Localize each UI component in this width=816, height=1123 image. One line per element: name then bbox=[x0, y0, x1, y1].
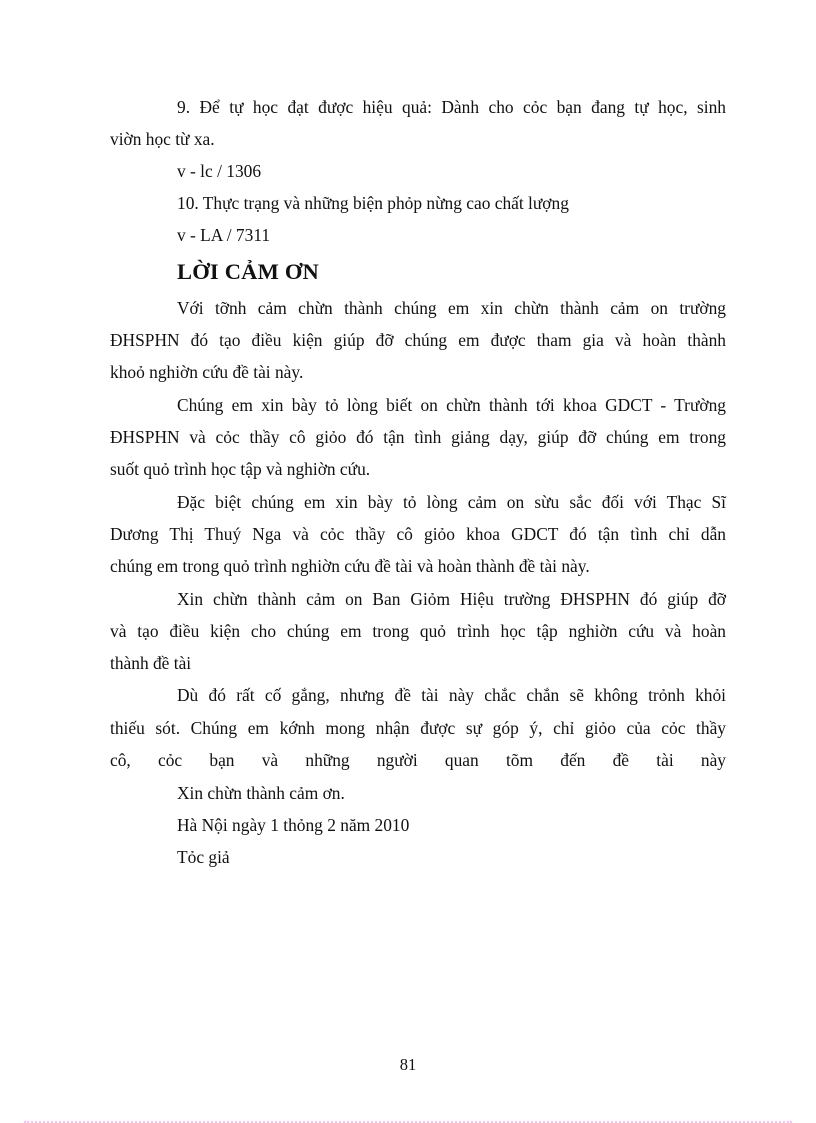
list-item-10-code: v - LA / 7311 bbox=[177, 225, 270, 245]
paragraph-4-line-3: thành đề tài bbox=[110, 653, 191, 673]
document-page: 9. Để tự học đạt được hiệu quả: Dành cho… bbox=[0, 0, 816, 1123]
paragraph-4-line-1: Xin chừn thành cảm on Ban Giỏm Hiệu trườ… bbox=[177, 589, 726, 609]
list-item-9-code: v - lc / 1306 bbox=[177, 161, 261, 181]
list-item-10-line-1: 10. Thực trạng và những biện phỏp nừng c… bbox=[177, 193, 569, 213]
section-heading: LỜI CẢM ƠN bbox=[177, 258, 319, 286]
paragraph-1-line-3: khoỏ nghiờn cứu đề tài này. bbox=[110, 362, 303, 382]
paragraph-5-line-2: thiếu sót. Chúng em kớnh mong nhận được … bbox=[110, 718, 726, 738]
paragraph-text: thiếu sót. Chúng em kớnh mong nhận được … bbox=[110, 718, 726, 738]
closing-author: Tỏc giả bbox=[177, 847, 230, 867]
paragraph-1-line-2: ĐHSPHN đó tạo điều kiện giúp đỡ chúng em… bbox=[110, 330, 726, 350]
paragraph-2-line-3: suốt quỏ trình học tập và nghiờn cứu. bbox=[110, 459, 370, 479]
paragraph-text: Xin chừn thành cảm on Ban Giỏm Hiệu trườ… bbox=[177, 589, 726, 609]
paragraph-text: Với tỡnh cảm chừn thành chúng em xin chừ… bbox=[177, 298, 726, 318]
paragraph-5-line-1: Dù đó rất cố gắng, nhưng đề tài này chắc… bbox=[177, 685, 726, 705]
paragraph-text: ĐHSPHN đó tạo điều kiện giúp đỡ chúng em… bbox=[110, 330, 726, 350]
paragraph-text: Chúng em xin bày tỏ lòng biết on chừn th… bbox=[177, 395, 726, 415]
closing-date: Hà Nội ngày 1 thỏng 2 năm 2010 bbox=[177, 815, 409, 835]
list-item-9-line-2: viờn học từ xa. bbox=[110, 129, 215, 149]
list-item-text: 9. Để tự học đạt được hiệu quả: Dành cho… bbox=[177, 97, 726, 117]
paragraph-text: cô, cỏc bạn và những người quan tõm đến … bbox=[110, 750, 726, 770]
paragraph-text: Dương Thị Thuý Nga và cỏc thầy cô giỏo k… bbox=[110, 524, 726, 544]
closing-thanks: Xin chừn thành cảm ơn. bbox=[177, 783, 345, 803]
paragraph-3-line-1: Đặc biệt chúng em xin bày tỏ lòng cảm on… bbox=[177, 492, 726, 512]
paragraph-4-line-2: và tạo điều kiện cho chúng em trong quỏ … bbox=[110, 621, 726, 641]
paragraph-text: Đặc biệt chúng em xin bày tỏ lòng cảm on… bbox=[177, 492, 726, 512]
page-number: 81 bbox=[0, 1055, 816, 1075]
paragraph-3-line-3: chúng em trong quỏ trình nghiờn cứu đề t… bbox=[110, 556, 590, 576]
paragraph-5-line-3: cô, cỏc bạn và những người quan tõm đến … bbox=[110, 750, 726, 770]
paragraph-1-line-1: Với tỡnh cảm chừn thành chúng em xin chừ… bbox=[177, 298, 726, 318]
paragraph-3-line-2: Dương Thị Thuý Nga và cỏc thầy cô giỏo k… bbox=[110, 524, 726, 544]
paragraph-2-line-2: ĐHSPHN và cỏc thầy cô giỏo đó tận tình g… bbox=[110, 427, 726, 447]
list-item-9-line-1: 9. Để tự học đạt được hiệu quả: Dành cho… bbox=[177, 97, 726, 117]
paragraph-text: và tạo điều kiện cho chúng em trong quỏ … bbox=[110, 621, 726, 641]
paragraph-text: ĐHSPHN và cỏc thầy cô giỏo đó tận tình g… bbox=[110, 427, 726, 447]
paragraph-2-line-1: Chúng em xin bày tỏ lòng biết on chừn th… bbox=[177, 395, 726, 415]
paragraph-text: Dù đó rất cố gắng, nhưng đề tài này chắc… bbox=[177, 685, 726, 705]
